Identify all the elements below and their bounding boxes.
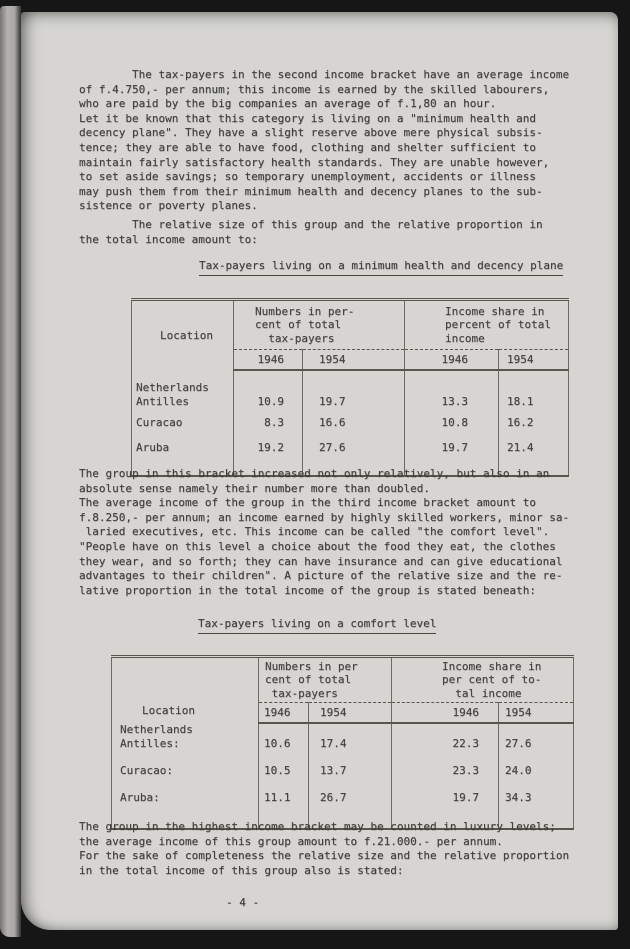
- table2-cell-location: Netherlands Antilles:: [112, 723, 259, 756]
- table2: Location Numbers in per cent of total ta…: [111, 655, 574, 830]
- document-page: The tax-payers in the second income brac…: [21, 12, 618, 930]
- table1-header-location: Location: [132, 300, 234, 371]
- table2-header-year: 1946: [392, 703, 499, 724]
- table1-cell-value: 13.3: [405, 370, 499, 410]
- table1-header-numbers-group: Numbers in per- cent of total tax-payers: [234, 300, 405, 350]
- table2-cell-value: 10.6: [259, 723, 309, 756]
- table1-header-income-group: Income share in percent of total income: [405, 300, 569, 350]
- table2-cell-value: 22.3: [392, 723, 499, 756]
- table1-header-year: 1954: [499, 350, 569, 371]
- table1-cell-value: 8.3: [234, 410, 303, 436]
- table2-cell-location: Curacao:: [112, 756, 259, 785]
- table1-heading: Tax-payers living on a minimum health an…: [199, 259, 563, 276]
- table-minimum-health-decency: Location Numbers in per- cent of total t…: [131, 298, 569, 477]
- book-gutter-edge: [0, 6, 21, 937]
- table2-cell-value: 23.3: [392, 756, 499, 785]
- table2-cell-value: 13.7: [309, 756, 392, 785]
- table2-cell-value: 10.5: [259, 756, 309, 785]
- table2-heading: Tax-payers living on a comfort level: [198, 617, 436, 634]
- table-row: Netherlands Antilles 10.9 19.7 13.3 18.1: [132, 370, 569, 410]
- table1-cell-value: 10.9: [234, 370, 303, 410]
- table2-cell-value: 17.4: [309, 723, 392, 756]
- table2-header-year: 1946: [259, 703, 309, 724]
- table1-header-year: 1946: [234, 350, 303, 371]
- table-comfort-level: Location Numbers in per cent of total ta…: [111, 655, 574, 830]
- table1: Location Numbers in per- cent of total t…: [131, 298, 569, 477]
- table2-header-income-group: Income share in per cent of to- tal inco…: [392, 657, 574, 703]
- table1-cell-location: Netherlands Antilles: [132, 370, 234, 410]
- table2-header-year: 1954: [499, 703, 574, 724]
- table1-cell-location: Curacao: [132, 410, 234, 436]
- paragraph-third-bracket: The group in this bracket increased not …: [79, 467, 594, 598]
- table2-header-year: 1954: [309, 703, 392, 724]
- table-row: Curacao: 10.5 13.7 23.3 24.0: [112, 756, 574, 785]
- table1-cell-value: 16.2: [499, 410, 569, 436]
- table2-header-numbers-group: Numbers in per cent of total tax-payers: [259, 657, 392, 703]
- table2-cell-value: 24.0: [499, 756, 574, 785]
- table-row: Netherlands Antilles: 10.6 17.4 22.3 27.…: [112, 723, 574, 756]
- table1-cell-value: 16.6: [303, 410, 405, 436]
- paragraph-second-bracket: The tax-payers in the second income brac…: [79, 68, 594, 214]
- paragraph-relative-size: The relative size of this group and the …: [79, 218, 594, 247]
- page-number: - 4 -: [226, 896, 259, 909]
- table-row: Curacao 8.3 16.6 10.8 16.2: [132, 410, 569, 436]
- table1-cell-value: 18.1: [499, 370, 569, 410]
- table1-header-year: 1954: [303, 350, 405, 371]
- paragraph-luxury-level: The group in the highest income bracket …: [79, 820, 594, 878]
- table2-cell-value: 27.6: [499, 723, 574, 756]
- table1-cell-value: 19.7: [303, 370, 405, 410]
- table2-header-location: Location: [112, 657, 259, 724]
- table1-header-year: 1946: [405, 350, 499, 371]
- table1-cell-value: 10.8: [405, 410, 499, 436]
